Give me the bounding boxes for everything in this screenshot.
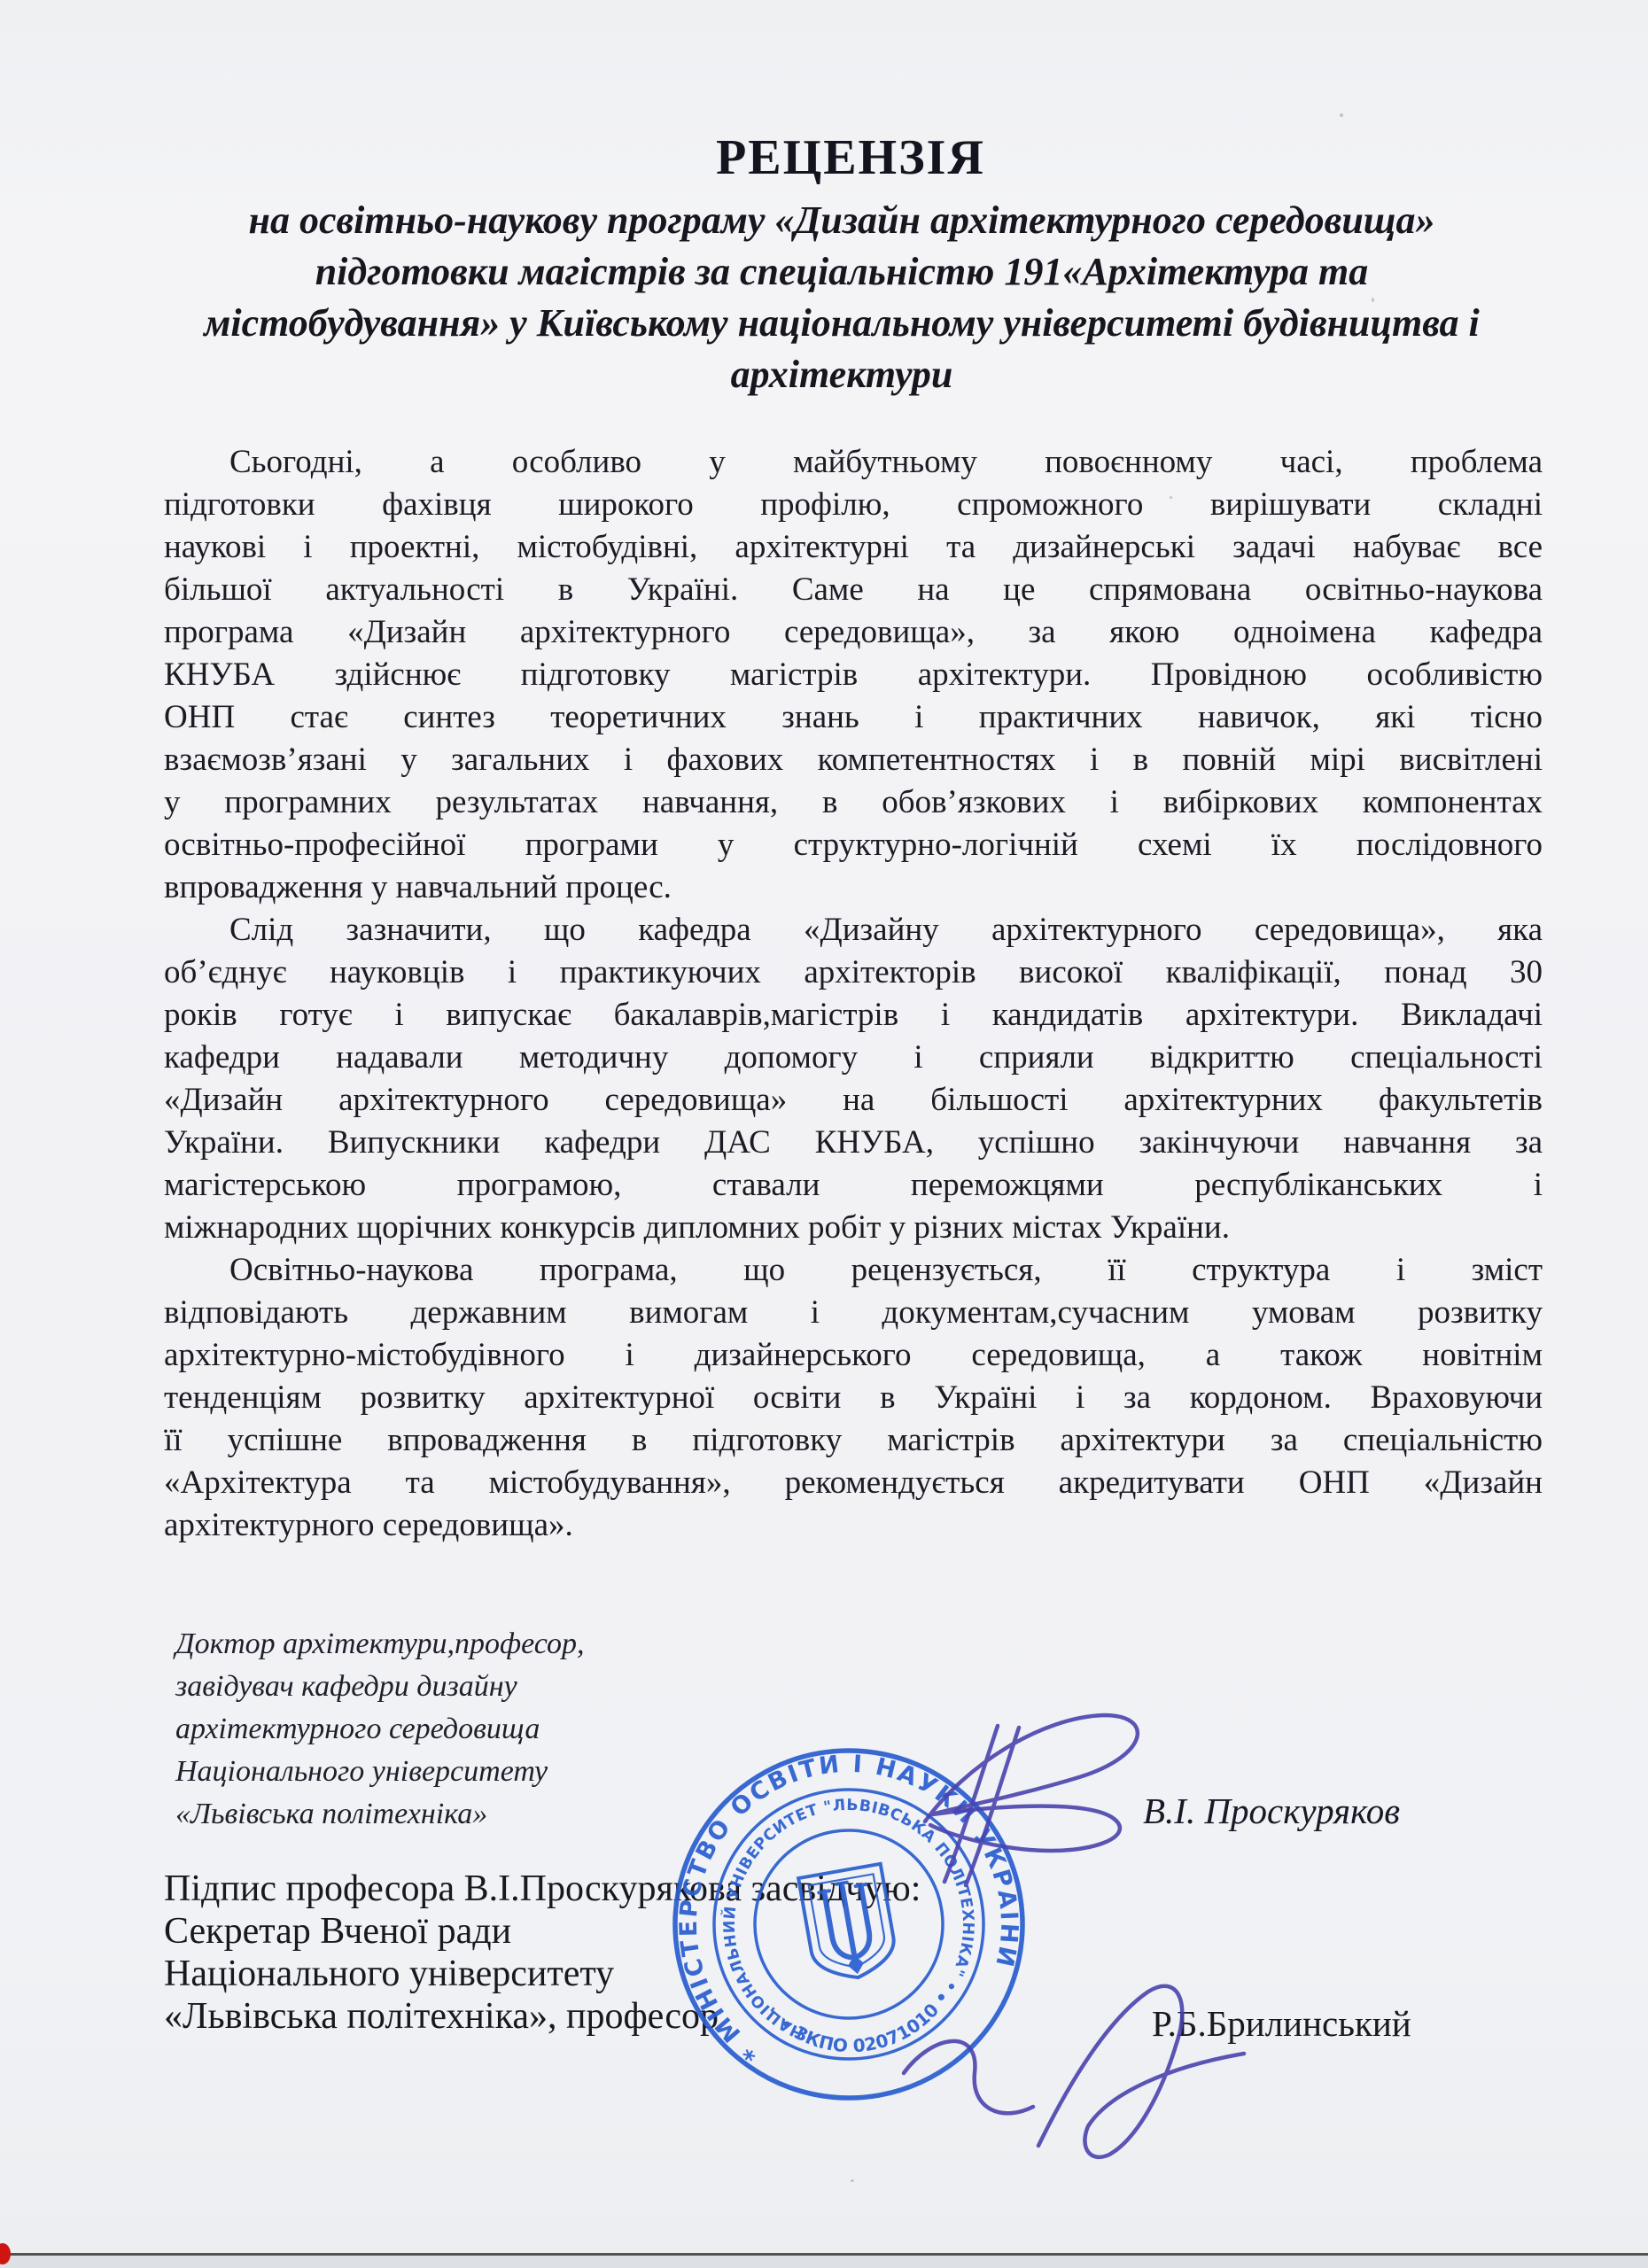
body-line: кафедри надавали методичну допомогу і сп…: [164, 1037, 1543, 1079]
body-line: років готує і випускає бакалаврів,магіст…: [164, 994, 1543, 1037]
body-line: ОНП стає синтез теоретичних знань і прак…: [164, 696, 1543, 739]
body-line: більшої актуальності в Україні. Саме на …: [164, 569, 1543, 611]
body-line: тенденціям розвитку архітектурної освіти…: [164, 1377, 1543, 1419]
body-line: Освітньо-наукова програма, що рецензуєть…: [164, 1249, 1543, 1292]
scan-speck: [1170, 496, 1172, 499]
review-body: Сьогодні, а особливо у майбутньому повоє…: [164, 441, 1543, 1547]
document-title: РЕЦЕНЗІЯ: [159, 129, 1542, 186]
body-line: України. Випускники кафедри ДАС КНУБА, у…: [164, 1122, 1543, 1164]
stamp-ink-group: * МІНІСТЕРСТВО ОСВІТИ І НАУКИ УКРАЇНИ НА…: [648, 1723, 1051, 2126]
scan-speck: [851, 2179, 854, 2182]
secretary-name: Р.Б.Брилинський: [1152, 2002, 1411, 2045]
body-line: КНУБА здійснює підготовку магістрів архі…: [164, 654, 1543, 696]
document-page: РЕЦЕНЗІЯ на освітньо-наукову програму «Д…: [0, 0, 1648, 2268]
document-subtitle: на освітньо-наукову програму «Дизайн арх…: [106, 195, 1577, 400]
body-line: освітньо-професійної програми у структур…: [164, 824, 1543, 866]
trident-prongs: [818, 1879, 878, 1964]
body-line: впровадження у навчальний процес.: [164, 866, 1543, 909]
body-line: магістерською програмою, ставали перемож…: [164, 1164, 1543, 1207]
body-line: її успішне впровадження в підготовку маг…: [164, 1419, 1543, 1462]
university-stamp: * МІНІСТЕРСТВО ОСВІТИ І НАУКИ УКРАЇНИ НА…: [628, 1704, 1069, 2145]
body-line: «Архітектура та містобудування», рекомен…: [164, 1462, 1543, 1504]
trident-emblem: [798, 1864, 899, 1984]
body-line: відповідають державним вимогам і докумен…: [164, 1292, 1543, 1334]
scanner-background-strip: [0, 2256, 1648, 2268]
body-line: підготовки фахівця широкого профілю, спр…: [164, 484, 1543, 526]
body-line: взаємозв’язані у загальних і фахових ком…: [164, 739, 1543, 781]
body-line: архітектурно-містобудівного і дизайнерсь…: [164, 1334, 1543, 1377]
scan-speck: [1340, 113, 1343, 117]
body-line: програма «Дизайн архітектурного середови…: [164, 611, 1543, 654]
body-line: Слід зазначити, що кафедра «Дизайну архі…: [164, 909, 1543, 951]
signatory-name: В.І. Проскуряков: [1143, 1790, 1400, 1832]
body-line: архітектурного середовища».: [164, 1504, 1543, 1547]
body-line: у програмних результатах навчання, в обо…: [164, 781, 1543, 824]
body-line: наукові і проектні, містобудівні, архіте…: [164, 526, 1543, 569]
scan-speck: [1372, 298, 1374, 302]
body-line: «Дизайн архітектурного середовища» на бі…: [164, 1079, 1543, 1122]
body-line: Сьогодні, а особливо у майбутньому повоє…: [164, 441, 1543, 484]
signatory-role-block: Доктор архітектури,професор, завідувач к…: [175, 1623, 584, 1836]
body-line: об’єднує науковців і практикуючих архіте…: [164, 951, 1543, 994]
body-line: міжнародних щорічних конкурсів дипломних…: [164, 1207, 1543, 1249]
